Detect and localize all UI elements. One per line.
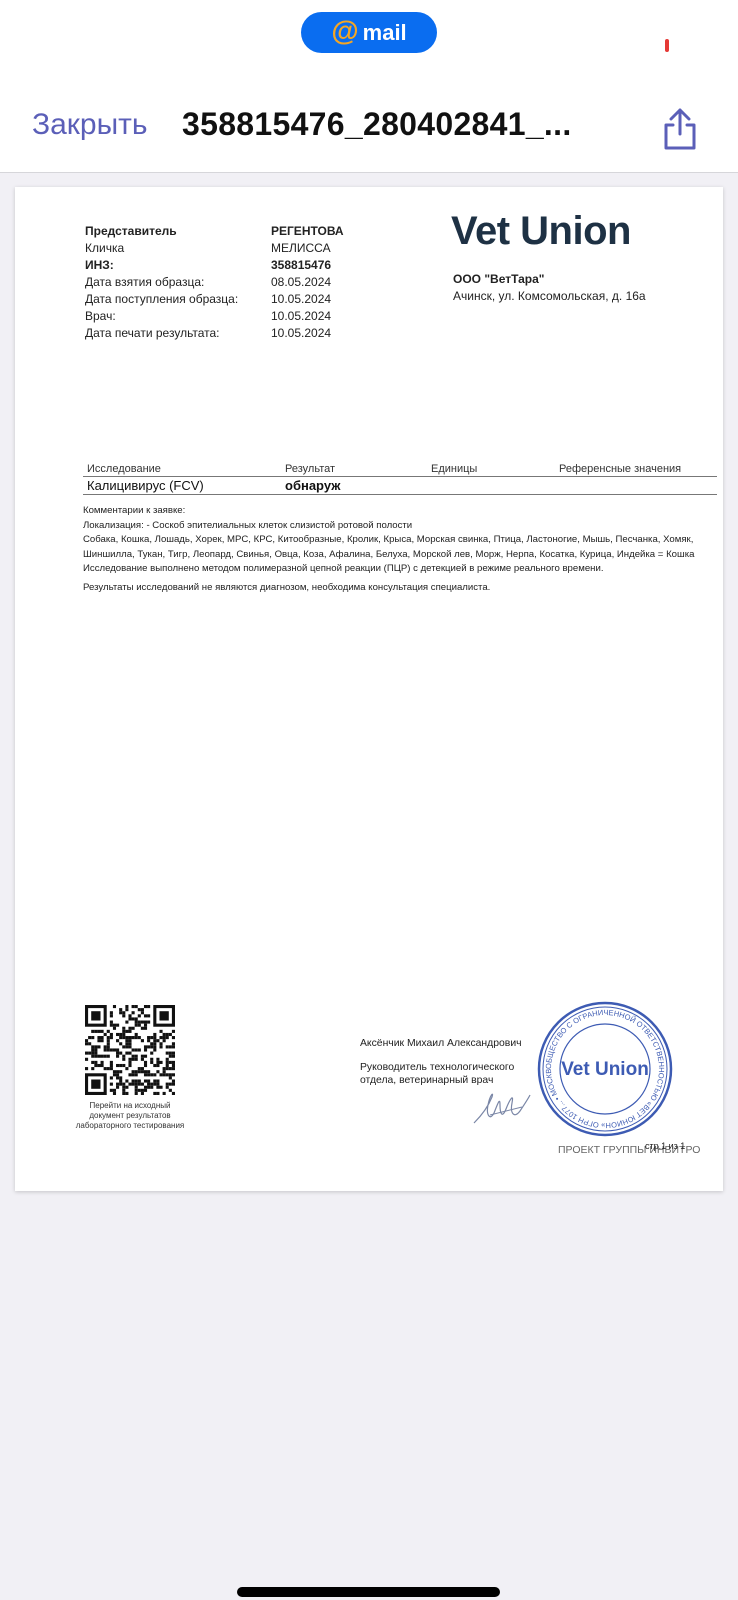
meta-key: Представитель	[85, 223, 271, 240]
org-address: Ачинск, ул. Комсомольская, д. 16а	[453, 288, 646, 305]
meta-key: ИНЗ:	[85, 257, 271, 274]
qr-caption: Перейти на исходный документ результатов…	[73, 1101, 187, 1131]
at-icon: @	[331, 17, 358, 45]
meta-value: 10.05.2024	[271, 308, 331, 325]
comments-species-2: Шиншилла, Тукан, Тигр, Леопард, Свинья, …	[83, 548, 723, 563]
comments-localization: Локализация: - Соскоб эпителиальных клет…	[83, 519, 723, 534]
company-stamp: ОБЩЕСТВО С ОГРАНИЧЕННОЙ ОТВЕТСТВЕННОСТЬЮ…	[535, 999, 675, 1139]
disclaimer: Результаты исследований не являются диаг…	[83, 581, 723, 596]
results-header: Исследование Результат Единицы Референсн…	[83, 463, 717, 477]
meta-row: ПредставительРЕГЕНТОВА	[85, 223, 344, 240]
mail-brand-pill: @ mail	[301, 12, 437, 53]
col-result: Результат	[285, 463, 431, 475]
cell-reference	[559, 478, 717, 493]
meta-row: КличкаМЕЛИССА	[85, 240, 344, 257]
table-row: Калицивирус (FCV) обнаруж	[83, 477, 717, 495]
document-title: 358815476_280402841_...	[182, 106, 572, 143]
meta-key: Дата поступления образца:	[85, 291, 271, 308]
meta-value: 358815476	[271, 257, 331, 274]
cell-result: обнаруж	[285, 478, 431, 493]
col-units: Единицы	[431, 463, 559, 475]
organization-info: ООО "ВетТара" Ачинск, ул. Комсомольская,…	[453, 271, 646, 305]
signer-name: Аксёнчик Михаил Александрович	[360, 1037, 522, 1050]
signature-icon	[470, 1085, 535, 1133]
meta-row: Дата поступления образца:10.05.2024	[85, 291, 344, 308]
meta-row: Дата взятия образца:08.05.2024	[85, 274, 344, 291]
comments-block: Комментарии к заявке: Локализация: - Сос…	[83, 504, 723, 595]
top-bar: @ mail Закрыть 358815476_280402841_...	[0, 0, 738, 173]
comments-method: Исследование выполнено методом полимераз…	[83, 562, 723, 577]
meta-key: Врач:	[85, 308, 271, 325]
cell-units	[431, 478, 559, 493]
cell-test: Калицивирус (FCV)	[83, 478, 285, 493]
results-table: Исследование Результат Единицы Референсн…	[83, 463, 717, 495]
comments-species-1: Собака, Кошка, Лошадь, Хорек, МРС, КРС, …	[83, 533, 723, 548]
qr-code[interactable]	[85, 1005, 175, 1095]
meta-row: ИНЗ:358815476	[85, 257, 344, 274]
meta-value: РЕГЕНТОВА	[271, 223, 344, 240]
status-indicator	[665, 39, 669, 52]
comments-title: Комментарии к заявке:	[83, 504, 723, 519]
org-name: ООО "ВетТара"	[453, 271, 646, 288]
meta-value: МЕЛИССА	[271, 240, 331, 257]
col-reference: Референсные значения	[559, 463, 717, 475]
patient-meta: ПредставительРЕГЕНТОВА КличкаМЕЛИССА ИНЗ…	[85, 223, 344, 342]
meta-row: Врач:10.05.2024	[85, 308, 344, 325]
vet-union-logo: Vet Union	[451, 209, 631, 254]
col-test: Исследование	[83, 463, 285, 475]
meta-value: 10.05.2024	[271, 325, 331, 342]
meta-key: Кличка	[85, 240, 271, 257]
signer-block: Аксёнчик Михаил Александрович Руководите…	[360, 1037, 522, 1087]
signer-position-1: Руководитель технологического	[360, 1061, 522, 1074]
brand-label: mail	[363, 20, 407, 46]
home-indicator[interactable]	[237, 1587, 500, 1597]
share-icon[interactable]	[660, 106, 700, 152]
meta-value: 10.05.2024	[271, 291, 331, 308]
meta-row: Дата печати результата:10.05.2024	[85, 325, 344, 342]
meta-key: Дата печати результата:	[85, 325, 271, 342]
stamp-logo-text: Vet Union	[561, 1059, 649, 1080]
meta-value: 08.05.2024	[271, 274, 331, 291]
meta-key: Дата взятия образца:	[85, 274, 271, 291]
close-button[interactable]: Закрыть	[32, 108, 148, 142]
footer-page-number: стр.1 из 1	[645, 1141, 685, 1151]
pdf-page: ПредставительРЕГЕНТОВА КличкаМЕЛИССА ИНЗ…	[15, 187, 723, 1191]
